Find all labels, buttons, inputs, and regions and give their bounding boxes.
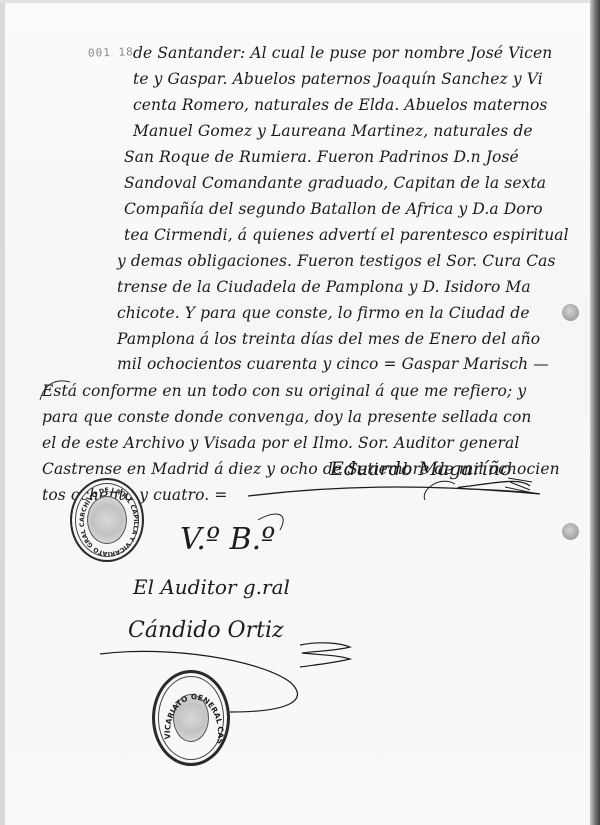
vicariato-seal-icon: VICARIATO GENERAL CASTRENSE bbox=[152, 670, 230, 766]
body-line: Compañía del segundo Batallon de Africa … bbox=[124, 200, 543, 218]
body-line: centa Romero, naturales de Elda. Abuelos… bbox=[133, 96, 547, 114]
body-line: Está conforme en un todo con su original… bbox=[42, 382, 526, 400]
signature-eduardo-magarino: Eduardo Magaríño bbox=[330, 458, 511, 480]
archive-seal-icon: ARCHIVO DE LA R.L CAPILLA Y VICARIATO GR… bbox=[70, 478, 144, 562]
auditor-title: El Auditor g.ral bbox=[133, 575, 290, 599]
punch-hole-icon bbox=[562, 304, 579, 321]
visto-bueno-mark: V.º B.º bbox=[180, 522, 275, 557]
body-line: mil ochocientos cuarenta y cinco = Gaspa… bbox=[117, 355, 549, 373]
body-line: Pamplona á los treinta días del mes de E… bbox=[117, 330, 540, 348]
body-line: tea Cirmendi, á quienes advertí el paren… bbox=[124, 226, 569, 244]
body-line: trense de la Ciudadela de Pamplona y D. … bbox=[117, 278, 531, 296]
svg-text:ARCHIVO DE LA R.L CAPILLA Y VI: ARCHIVO DE LA R.L CAPILLA Y VICARIATO GR… bbox=[72, 480, 139, 557]
svg-text:VICARIATO GENERAL CASTRENSE: VICARIATO GENERAL CASTRENSE bbox=[155, 673, 225, 745]
body-line: para que conste donde convenga, doy la p… bbox=[42, 408, 531, 426]
folio-stamp-number: 001 18 bbox=[88, 45, 134, 60]
body-line: te y Gaspar. Abuelos paternos Joaquín Sa… bbox=[133, 70, 543, 88]
body-line: chicote. Y para que conste, lo firmo en … bbox=[117, 304, 530, 322]
body-line: y demas obligaciones. Fueron testigos el… bbox=[117, 252, 556, 270]
body-line: Sandoval Comandante graduado, Capitan de… bbox=[124, 174, 546, 192]
body-line: el de este Archivo y Visada por el Ilmo.… bbox=[42, 434, 519, 452]
body-line: de Santander: Al cual le puse por nombre… bbox=[133, 44, 552, 62]
body-line: San Roque de Rumiera. Fueron Padrinos D.… bbox=[124, 148, 519, 166]
scan-right-edge bbox=[590, 0, 600, 825]
seal-2-text: VICARIATO GENERAL CASTRENSE bbox=[155, 673, 225, 745]
seal-1-text: ARCHIVO DE LA R.L CAPILLA Y VICARIATO GR… bbox=[72, 480, 139, 557]
body-line: Manuel Gomez y Laureana Martinez, natura… bbox=[133, 122, 533, 140]
punch-hole-icon bbox=[562, 523, 579, 540]
signature-candido-ortiz: Cándido Ortiz bbox=[128, 618, 284, 643]
